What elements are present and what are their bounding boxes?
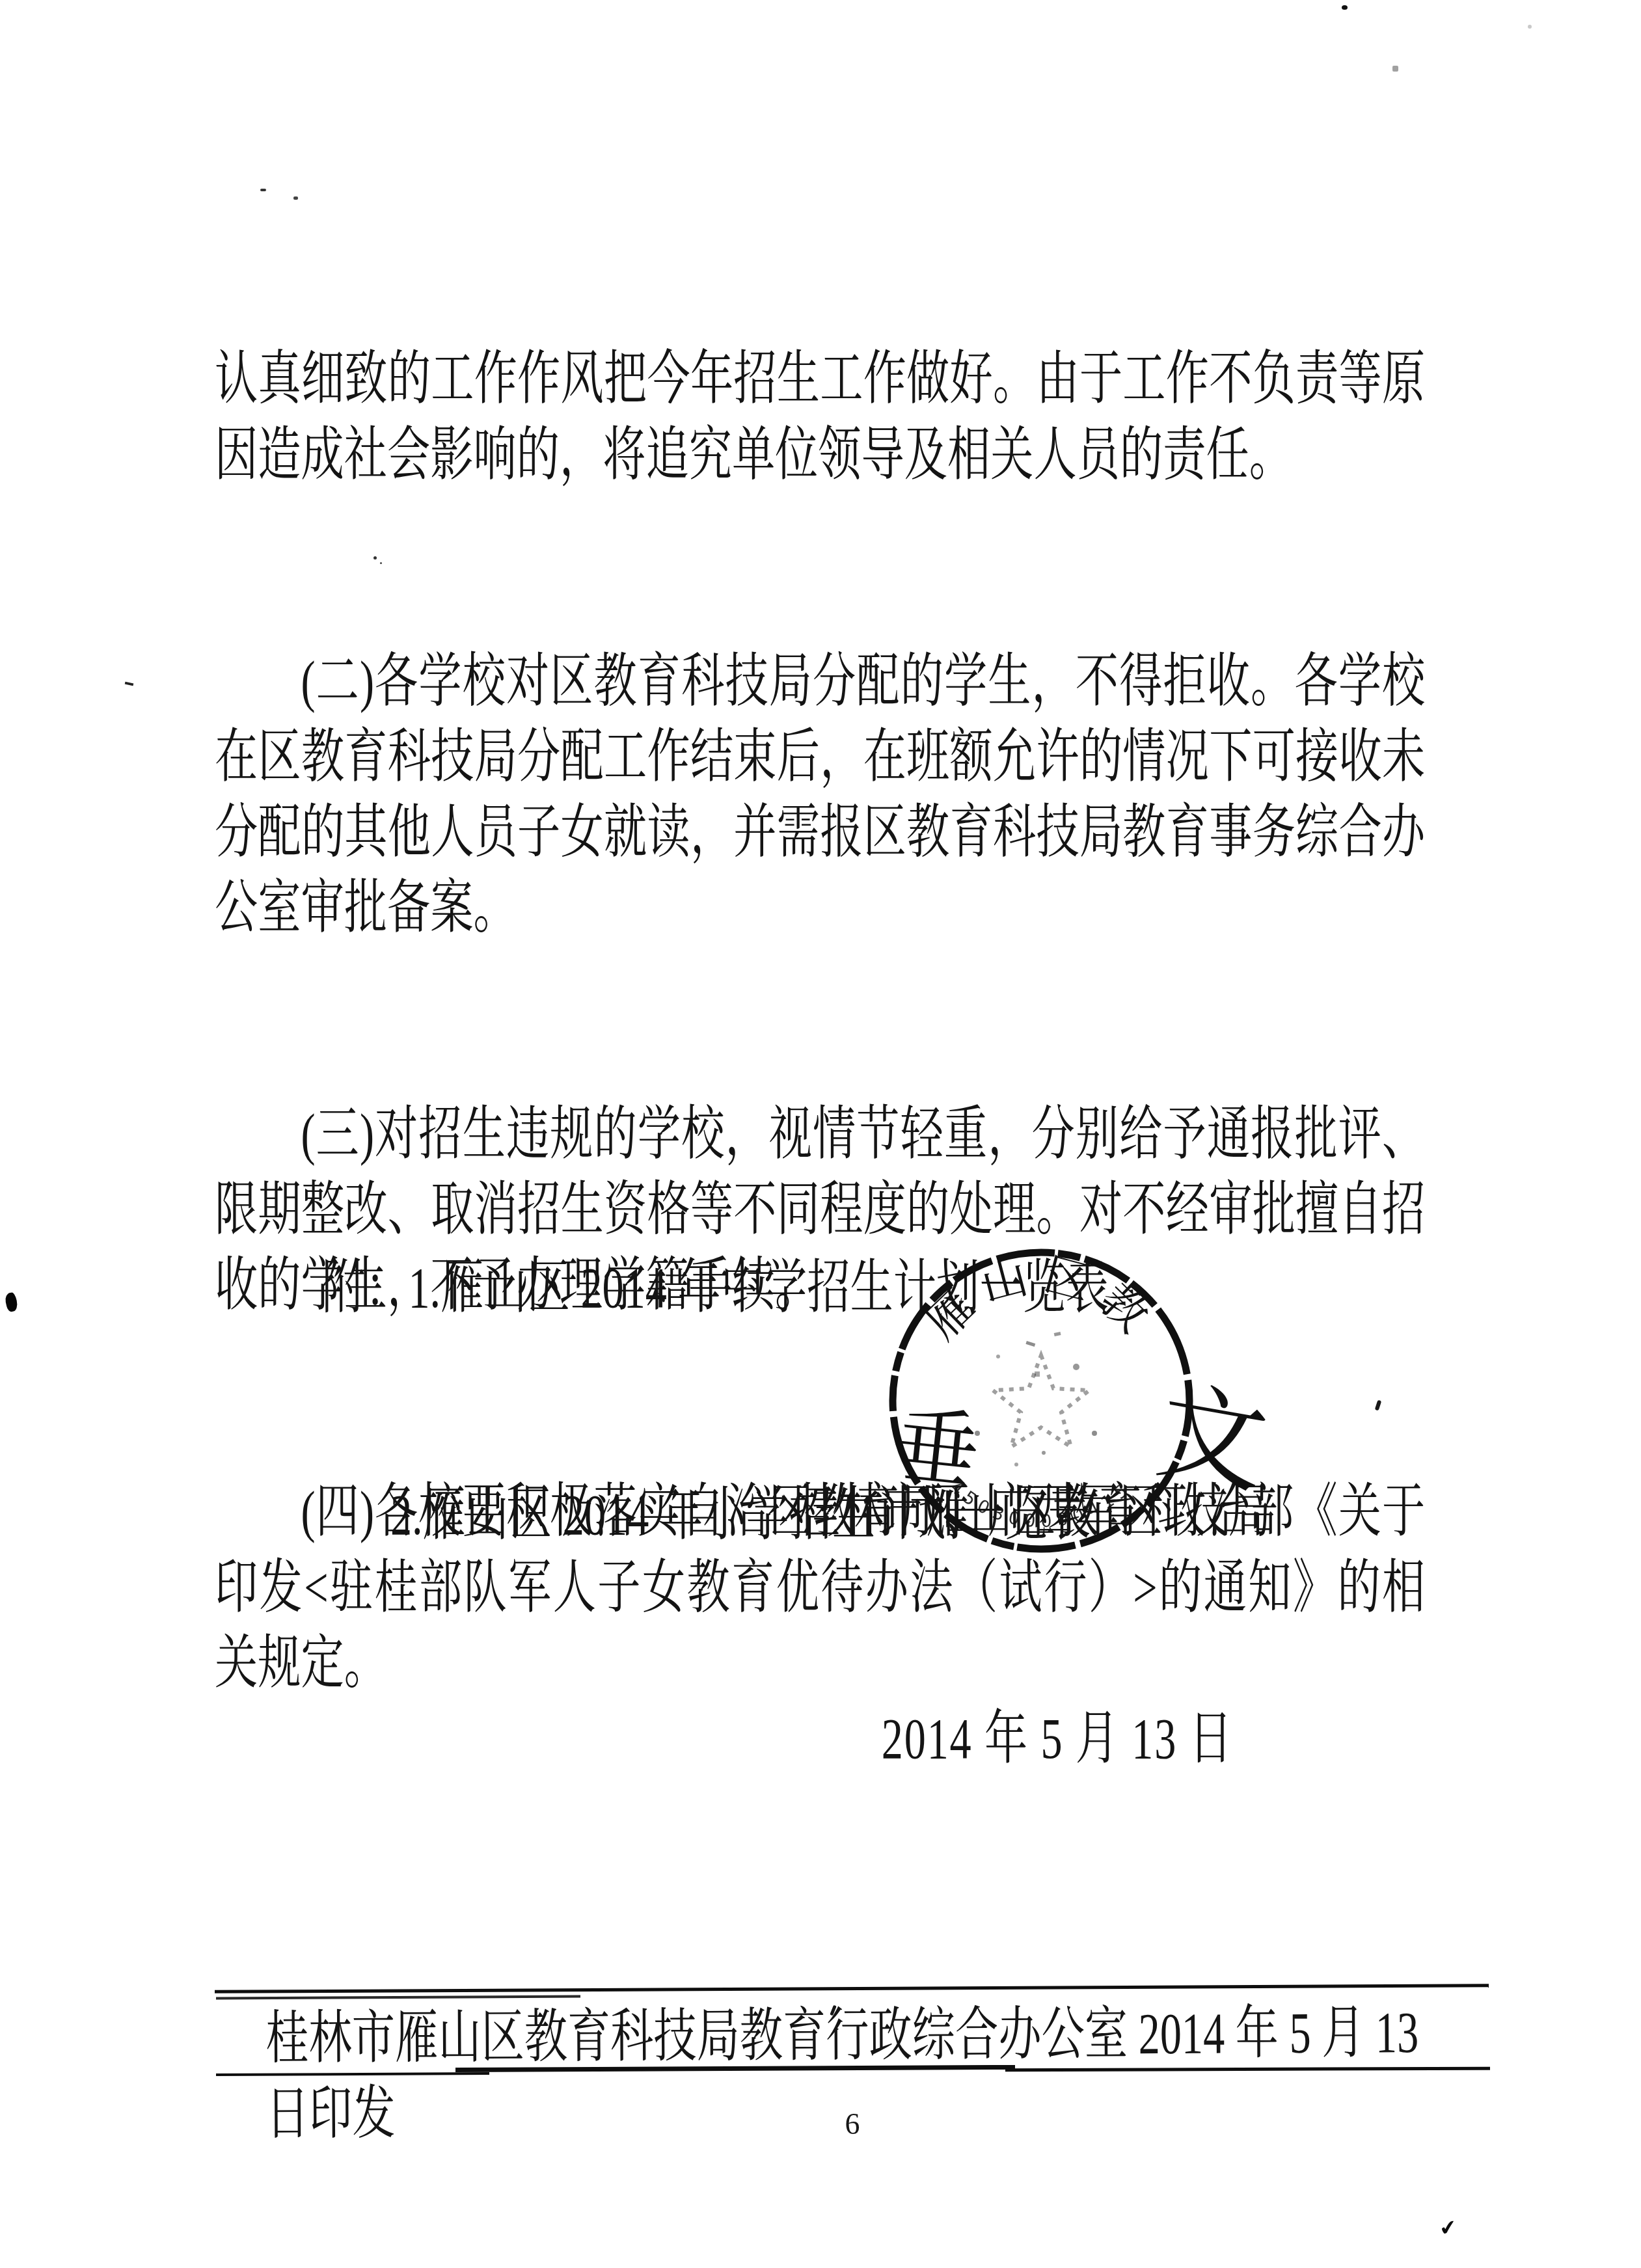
paragraph-continuation: 认真细致的工作作风把今年招生工作做好。由于工作不负责等原因造成社会影响的，将追究… bbox=[215, 342, 1425, 493]
checkmark-blob-bottom-right: ✔ bbox=[1437, 2214, 1458, 2241]
seal-arc-text-path: 雁山区教 bbox=[917, 1250, 1165, 1349]
paragraph-item-2: (二)各学校对区教育科技局分配的学生，不得拒收。各学校在区教育科技局分配工作结束… bbox=[215, 643, 1425, 945]
seal-inner-glyph-right: 文 bbox=[1149, 1371, 1270, 1507]
official-seal-stamp: 雁山区教 垂 文 450300000415 bbox=[880, 1238, 1270, 1563]
speck-above-line1-a bbox=[260, 189, 266, 191]
footer-rule-top bbox=[215, 1984, 1489, 1993]
speck-top-right-gray bbox=[1392, 66, 1398, 72]
page-number: 6 bbox=[833, 2107, 872, 2141]
speck-under-bodytext bbox=[373, 556, 377, 560]
footer-rule-top-echo bbox=[216, 1995, 580, 2000]
scanned-document-page: 认真细致的工作作风把今年招生工作做好。由于工作不负责等原因造成社会影响的，将追究… bbox=[0, 0, 1641, 2268]
signature-date: 2014 年 5 月 13 日 bbox=[882, 1701, 1336, 1776]
dash-left-margin bbox=[125, 682, 134, 686]
seal-arc-text: 雁山区教 bbox=[917, 1250, 1165, 1349]
speck-corner-faint bbox=[1528, 25, 1532, 29]
speck-above-line1-b bbox=[293, 196, 298, 200]
speck-top-right-dark bbox=[1342, 5, 1348, 10]
ink-blob-left-margin bbox=[4, 1292, 19, 1313]
